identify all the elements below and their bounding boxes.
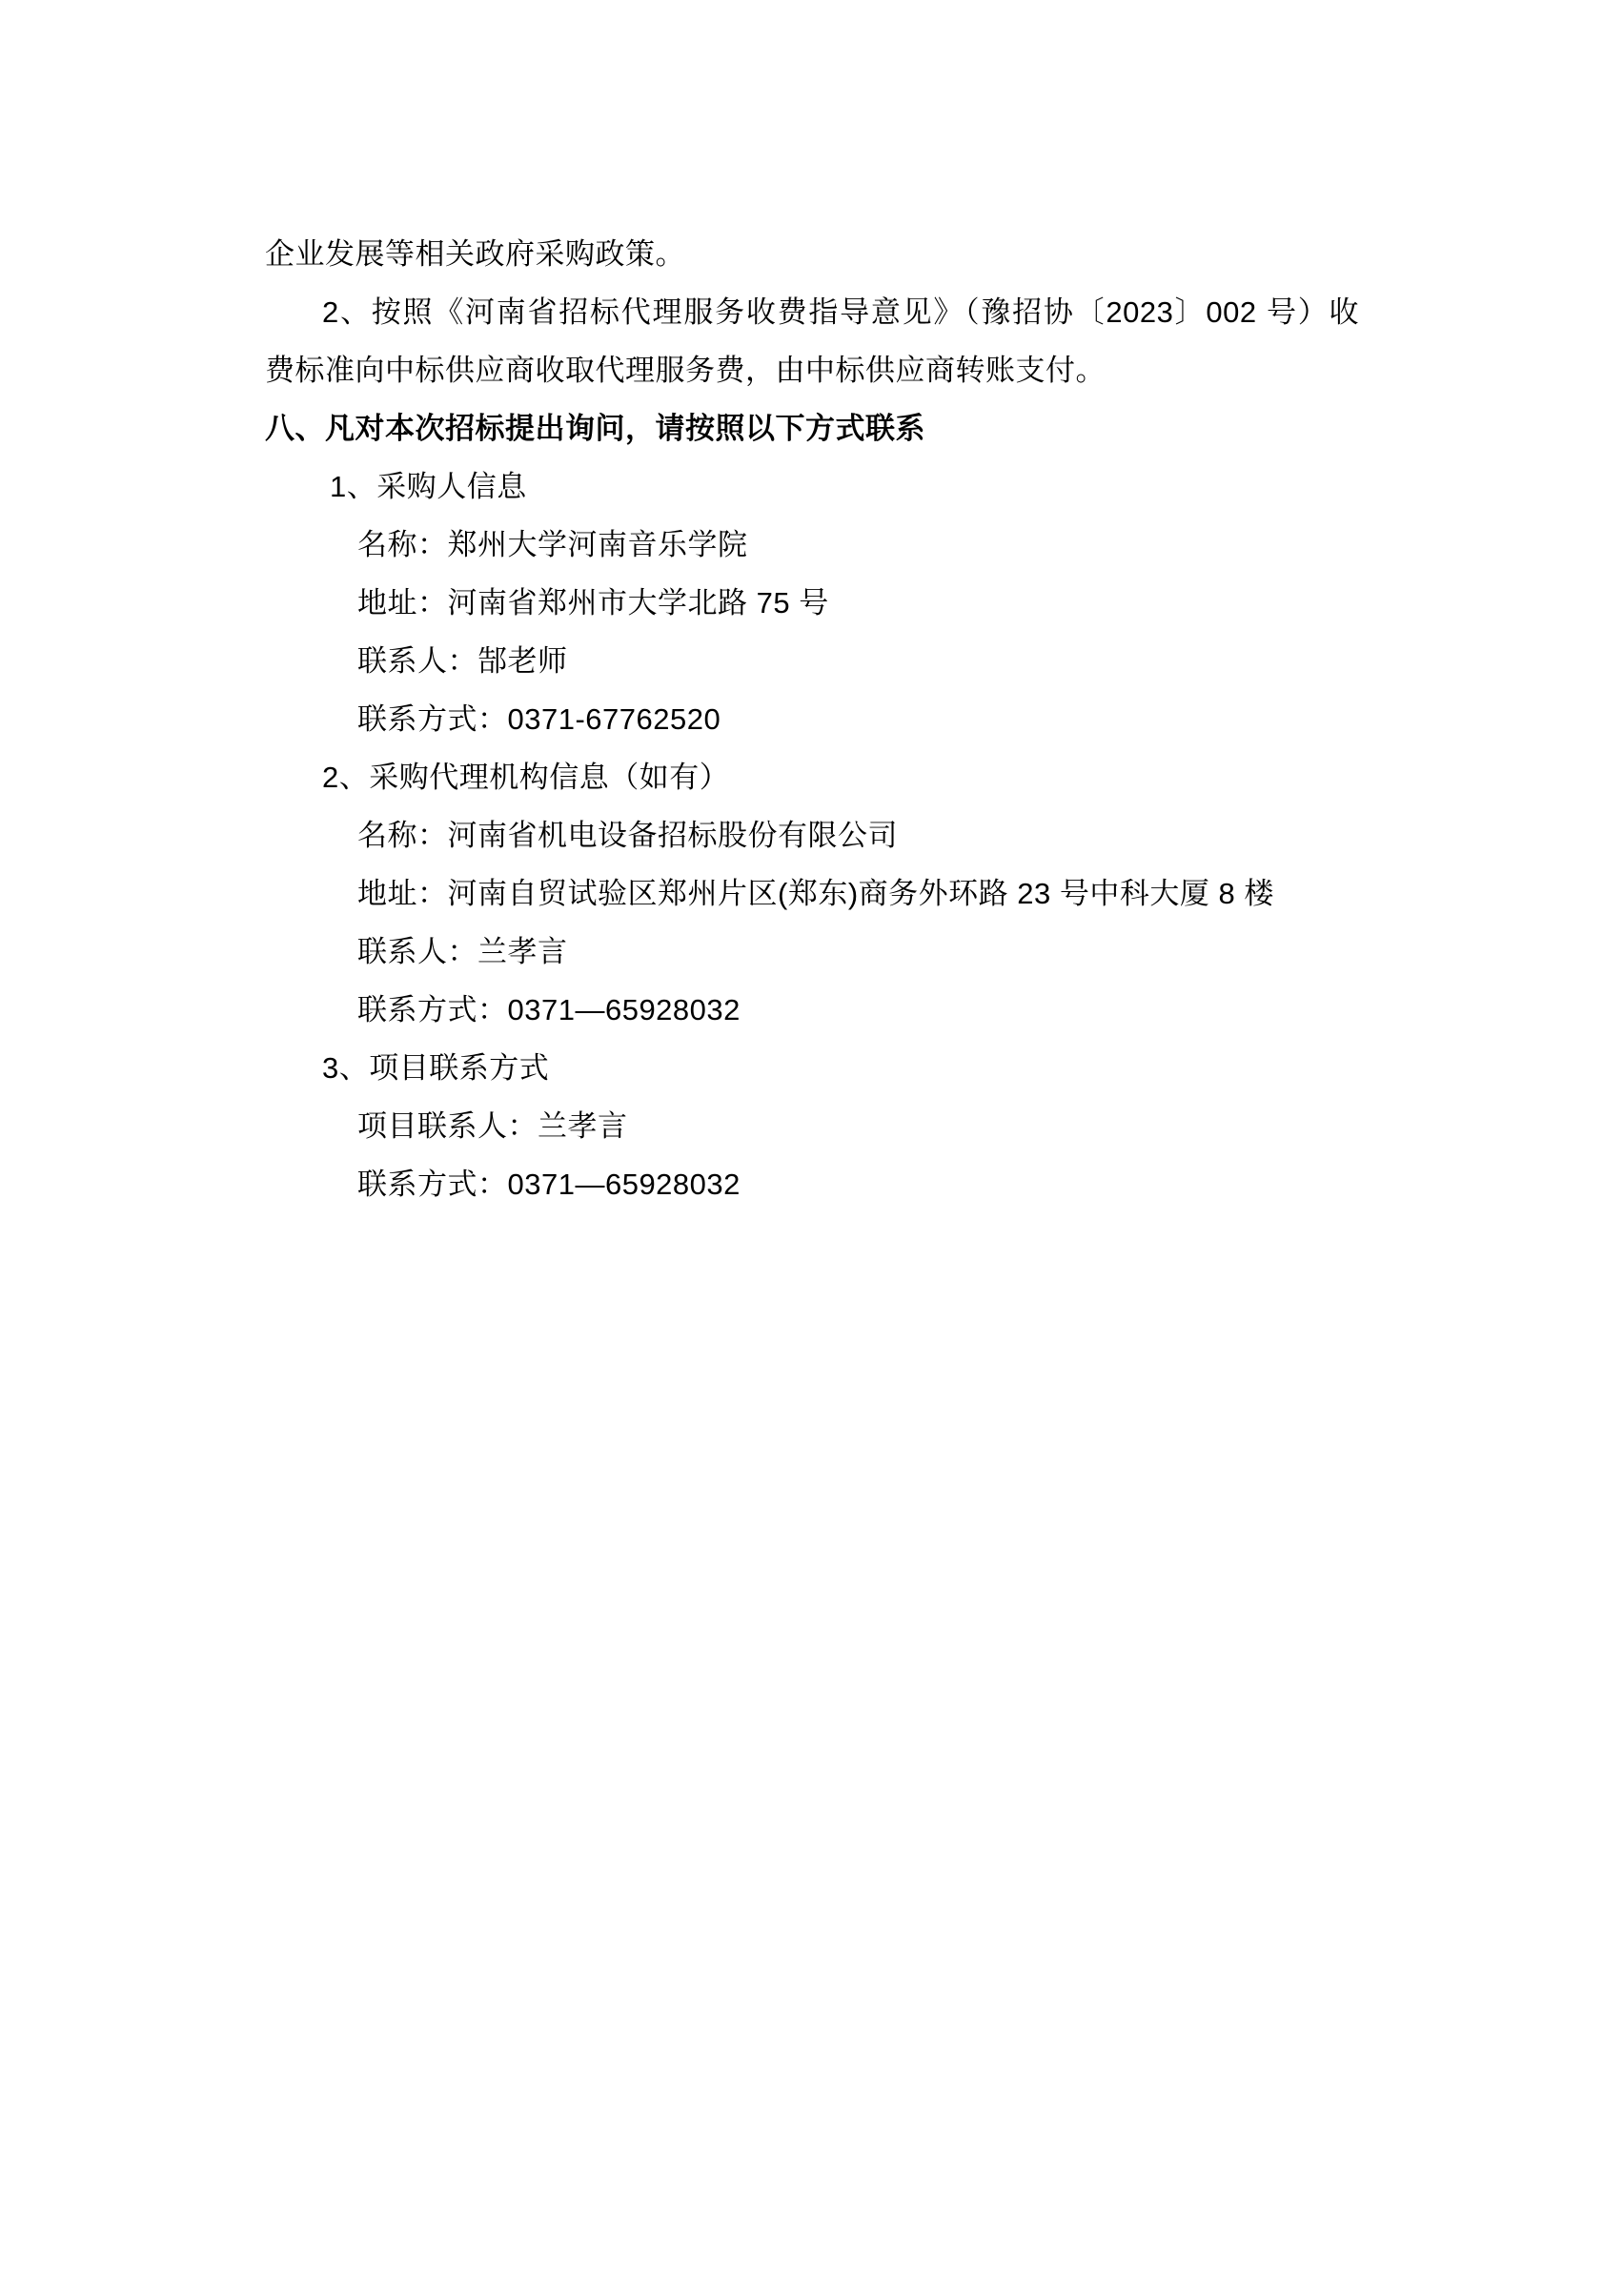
purchaser-name: 名称：郑州大学河南音乐学院 (265, 516, 1359, 574)
agency-address: 地址：河南自贸试验区郑州片区(郑东)商务外环路 23 号中科大厦 8 楼 (265, 864, 1359, 923)
line-policy-continuation: 企业发展等相关政府采购政策。 (265, 225, 1359, 283)
purchaser-contact-person: 联系人：郜老师 (265, 632, 1359, 690)
subheading-agency-info: 2、采购代理机构信息（如有） (265, 748, 1359, 806)
subheading-project-contact: 3、项目联系方式 (265, 1039, 1359, 1097)
document-page: 企业发展等相关政府采购政策。 2、按照《河南省招标代理服务收费指导意见》（豫招协… (0, 0, 1624, 2275)
line-agency-fee-clause-1: 2、按照《河南省招标代理服务收费指导意见》（豫招协〔2023〕002 号）收 (265, 283, 1359, 341)
document-body: 企业发展等相关政府采购政策。 2、按照《河南省招标代理服务收费指导意见》（豫招协… (265, 225, 1359, 1213)
agency-name: 名称：河南省机电设备招标股份有限公司 (265, 806, 1359, 864)
heading-inquiry-contact: 八、凡对本次招标提出询问，请按照以下方式联系 (265, 399, 1359, 457)
purchaser-contact-number: 联系方式：0371-67762520 (265, 690, 1359, 748)
line-agency-fee-clause-2: 费标准向中标供应商收取代理服务费，由中标供应商转账支付。 (265, 341, 1359, 399)
purchaser-address: 地址：河南省郑州市大学北路 75 号 (265, 574, 1359, 632)
agency-contact-number: 联系方式：0371—65928032 (265, 981, 1359, 1039)
project-contact-number: 联系方式：0371—65928032 (265, 1155, 1359, 1213)
agency-contact-person: 联系人：兰孝言 (265, 923, 1359, 981)
project-contact-person: 项目联系人：兰孝言 (265, 1097, 1359, 1155)
subheading-purchaser-info: 1、采购人信息 (265, 457, 1359, 516)
